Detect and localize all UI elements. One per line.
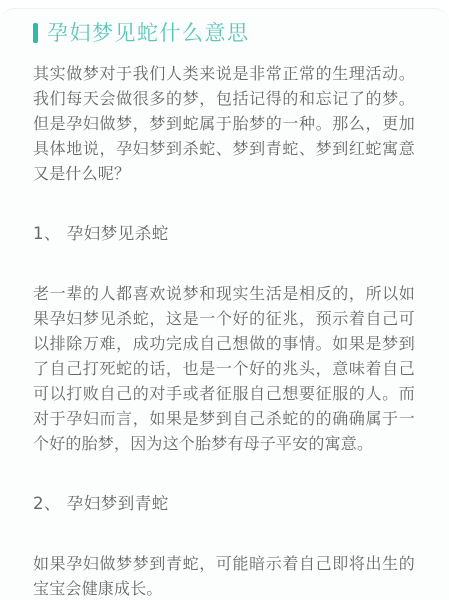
section-heading-green-snake: 2、 孕妇梦到青蛇 bbox=[33, 492, 415, 515]
paragraph-green-snake: 如果孕妇做梦梦到青蛇，可能暗示着自己即将出生的宝宝会健康成长。 bbox=[33, 551, 415, 600]
section-heading-kill-snake: 1、 孕妇梦见杀蛇 bbox=[33, 222, 415, 245]
article-title: 孕妇梦见蛇什么意思 bbox=[47, 21, 250, 45]
article-card: 孕妇梦见蛇什么意思 其实做梦对于我们人类来说是非常正常的生理活动。我们每天会做很… bbox=[0, 8, 449, 600]
paragraph-intro: 其实做梦对于我们人类来说是非常正常的生理活动。我们每天会做很多的梦，包括记得的和… bbox=[33, 61, 415, 186]
top-strip bbox=[0, 0, 449, 8]
title-accent-bar bbox=[33, 23, 38, 43]
paragraph-kill-snake: 老一辈的人都喜欢说梦和现实生活是相反的，所以如果孕妇梦见杀蛇，这是一个好的征兆，… bbox=[33, 281, 415, 456]
article-title-row: 孕妇梦见蛇什么意思 bbox=[33, 21, 415, 45]
